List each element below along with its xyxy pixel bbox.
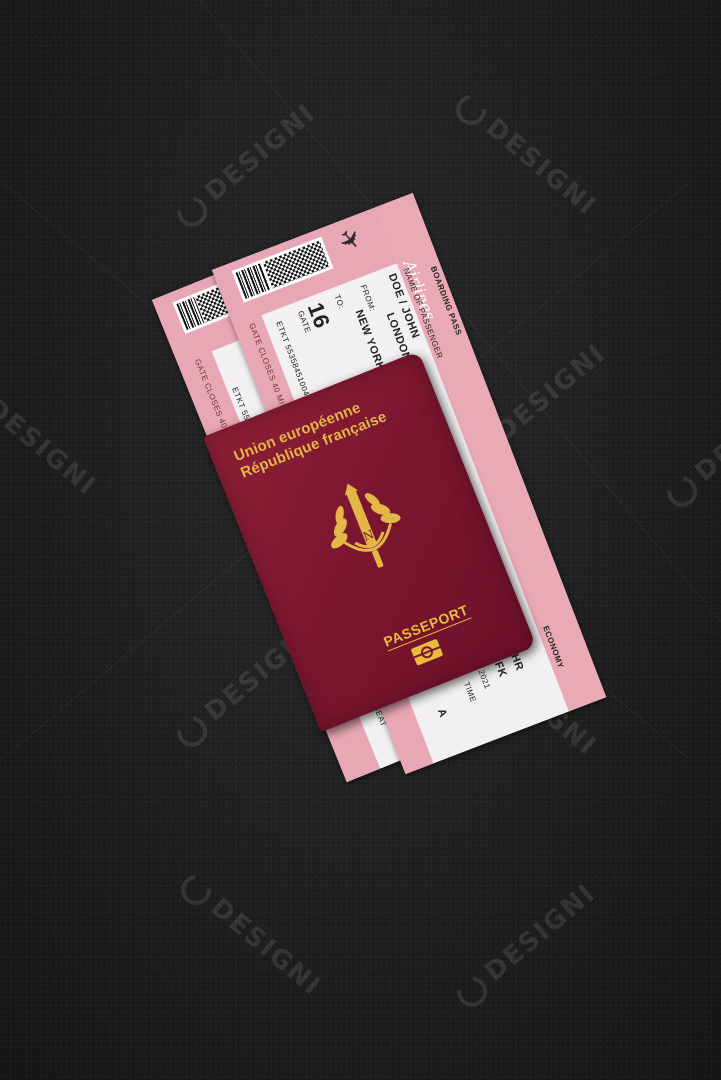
year: 2021	[477, 669, 492, 691]
destination: NEW YORK	[353, 308, 387, 372]
biometric-chip-icon	[411, 639, 444, 666]
travel-documents: GATE CLOSES 40 MINUTES BEFORE ETKT 55358…	[0, 0, 721, 1080]
time-label: TIME	[462, 681, 478, 704]
seat: A	[435, 707, 449, 719]
to-label: TO:	[333, 293, 347, 310]
french-coat-of-arms-icon: N	[305, 465, 426, 591]
